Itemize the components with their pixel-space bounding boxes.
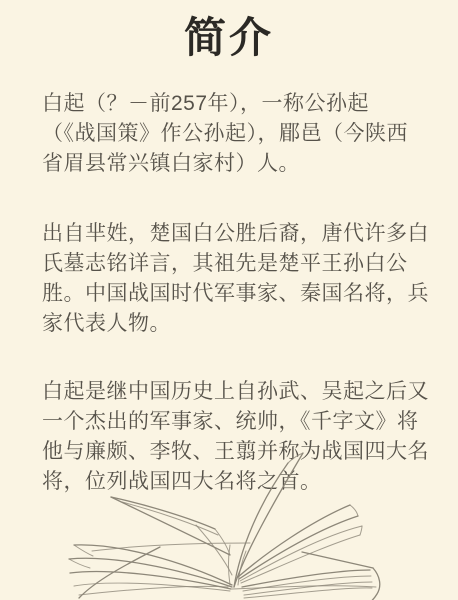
- paragraph-ancestry: 出自芈姓，楚国白公胜后裔，唐代许多白 氏墓志铭详言，其祖先是楚平王孙白公 胜。中…: [0, 219, 458, 339]
- paragraph-birth-origin: 白起（？－前257年），一称公孙起 （《战国策》作公孙起），郿邑（今陕西 省眉县…: [0, 89, 458, 179]
- page-title: 简介: [0, 0, 458, 65]
- intro-page: 简介 白起（？－前257年），一称公孙起 （《战国策》作公孙起），郿邑（今陕西 …: [0, 0, 458, 600]
- paragraph-legacy: 白起是继中国历史上自孙武、吴起之后又 一个杰出的军事家、统帅，《千字文》将 他与…: [0, 377, 458, 497]
